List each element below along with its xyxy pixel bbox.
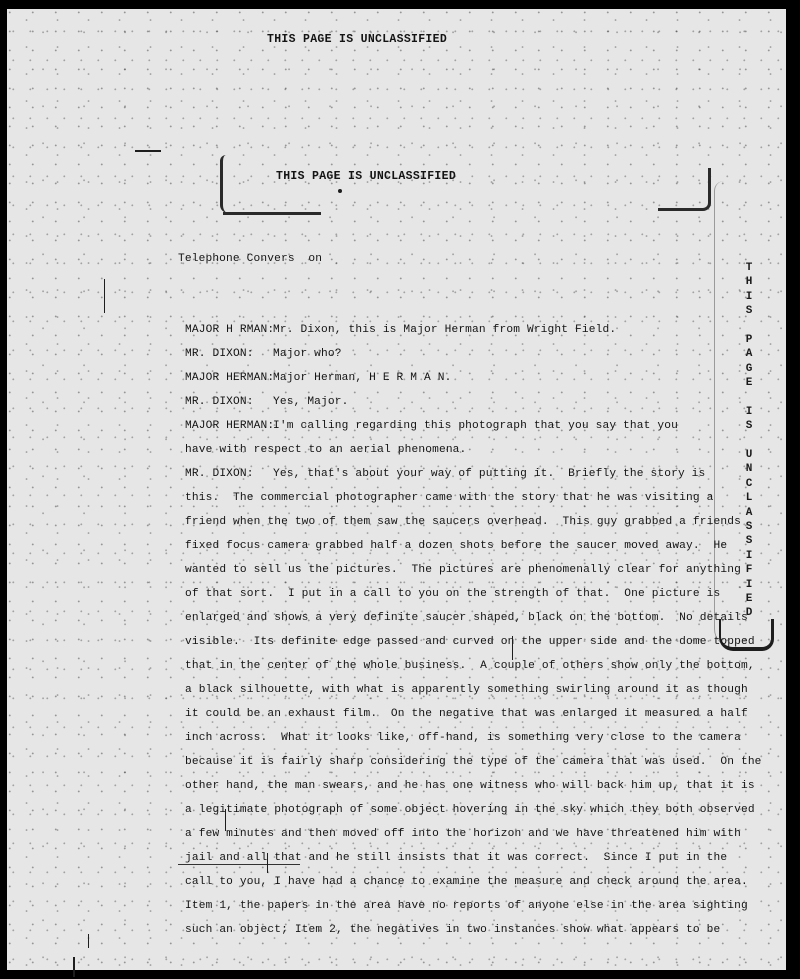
transcript-line: enlarged and shows a very definite sauce… xyxy=(185,612,748,624)
line-text: Yes, Major. xyxy=(273,396,349,408)
line-text: other hand, the man swears, and he has o… xyxy=(185,780,755,792)
line-text: such an object; Item 2, the negatives in… xyxy=(185,924,720,936)
line-text: because it is fairly sharp considering t… xyxy=(185,756,762,768)
transcript-line: a legitimate photograph of some object h… xyxy=(185,804,755,816)
line-text: visible. Its definite edge passed and cu… xyxy=(185,636,755,648)
transcript-line: visible. Its definite edge passed and cu… xyxy=(185,636,755,648)
transcript-line: call to you, I have had a chance to exam… xyxy=(185,876,748,888)
speaker-label: MR. DIXON: xyxy=(185,396,273,408)
speaker-label: MAJOR H RMAN: xyxy=(185,324,273,336)
pen-stroke xyxy=(512,636,513,660)
line-text: inch across. What it looks like, off-han… xyxy=(185,732,741,744)
line-text: of that sort. I put in a call to you on … xyxy=(185,588,720,600)
margin-mark xyxy=(104,279,105,313)
line-text: that in the center of the whole business… xyxy=(185,660,755,672)
side-stamp-text: THIS PAGE IS UNCLASSIFIED xyxy=(742,261,756,621)
ink-dot xyxy=(338,189,342,193)
pen-stroke xyxy=(73,957,75,977)
transcript-line: friend when the two of them saw the sauc… xyxy=(185,516,741,528)
line-text: I'm calling regarding this photograph th… xyxy=(273,420,678,432)
transcript-line: inch across. What it looks like, off-han… xyxy=(185,732,741,744)
speaker-label: MAJOR HERMAN: xyxy=(185,420,273,432)
transcript-line: a black silhouette, with what is apparen… xyxy=(185,684,748,696)
transcript-line: MAJOR H RMAN:Mr. Dixon, this is Major He… xyxy=(185,324,616,336)
transcript-line: MR. DIXON:Major who? xyxy=(185,348,342,360)
transcript-line: such an object; Item 2, the negatives in… xyxy=(185,924,720,936)
stamp-box-text: THIS PAGE IS UNCLASSIFIED xyxy=(276,170,456,183)
speaker-label: MR. DIXON: xyxy=(185,348,273,360)
speaker-label: MR. DIXON: xyxy=(185,468,273,480)
line-text: have with respect to an aerial phenomena… xyxy=(185,444,466,456)
margin-mark xyxy=(135,150,161,152)
transcript-line: this. The commercial photographer came w… xyxy=(185,492,714,504)
transcript-line: MAJOR HERMAN:Major Herman, H E R M A N. xyxy=(185,372,451,384)
line-text: friend when the two of them saw the sauc… xyxy=(185,516,741,528)
line-text: call to you, I have had a chance to exam… xyxy=(185,876,748,888)
transcript-line: fixed focus camera grabbed half a dozen … xyxy=(185,540,727,552)
transcript-line: because it is fairly sharp considering t… xyxy=(185,756,762,768)
line-text: Item 1, the papers in the area have no r… xyxy=(185,900,748,912)
transcript-line: MAJOR HERMAN:I'm calling regarding this … xyxy=(185,420,678,432)
transcript-line: MR. DIXON:Yes, that's about your way of … xyxy=(185,468,705,480)
line-text: fixed focus camera grabbed half a dozen … xyxy=(185,540,727,552)
transcript-line: Item 1, the papers in the area have no r… xyxy=(185,900,748,912)
speaker-label: MAJOR HERMAN: xyxy=(185,372,273,384)
transcript-line: MR. DIXON:Yes, Major. xyxy=(185,396,349,408)
line-text: this. The commercial photographer came w… xyxy=(185,492,714,504)
handwritten-underline xyxy=(178,864,300,865)
line-text: Major Herman, H E R M A N. xyxy=(273,372,451,384)
document-page: THIS PAGE IS UNCLASSIFIED THIS PAGE IS U… xyxy=(7,9,786,970)
side-classification-stamp xyxy=(714,181,767,647)
classification-stamp-box xyxy=(220,155,711,213)
transcript-line: a few minutes and then moved off into th… xyxy=(185,828,741,840)
transcript-line: other hand, the man swears, and he has o… xyxy=(185,780,755,792)
transcript-line: that in the center of the whole business… xyxy=(185,660,755,672)
line-text: wanted to sell us the pictures. The pict… xyxy=(185,564,741,576)
pen-stroke xyxy=(88,934,89,948)
line-text: a black silhouette, with what is apparen… xyxy=(185,684,748,696)
document-title: Telephone Convers on xyxy=(178,253,322,265)
pen-stroke xyxy=(225,809,226,831)
transcript-line: of that sort. I put in a call to you on … xyxy=(185,588,720,600)
transcript-line: wanted to sell us the pictures. The pict… xyxy=(185,564,741,576)
pen-stroke xyxy=(267,853,268,873)
line-text: Major who? xyxy=(273,348,342,360)
line-text: enlarged and shows a very definite sauce… xyxy=(185,612,748,624)
line-text: it could be an exhaust film. On the nega… xyxy=(185,708,748,720)
line-text: a few minutes and then moved off into th… xyxy=(185,828,741,840)
line-text: Yes, that's about your way of putting it… xyxy=(273,468,705,480)
transcript-line: have with respect to an aerial phenomena… xyxy=(185,444,466,456)
top-classification-banner: THIS PAGE IS UNCLASSIFIED xyxy=(267,33,447,46)
transcript-line: it could be an exhaust film. On the nega… xyxy=(185,708,748,720)
line-text: a legitimate photograph of some object h… xyxy=(185,804,755,816)
line-text: Mr. Dixon, this is Major Herman from Wri… xyxy=(273,324,616,336)
